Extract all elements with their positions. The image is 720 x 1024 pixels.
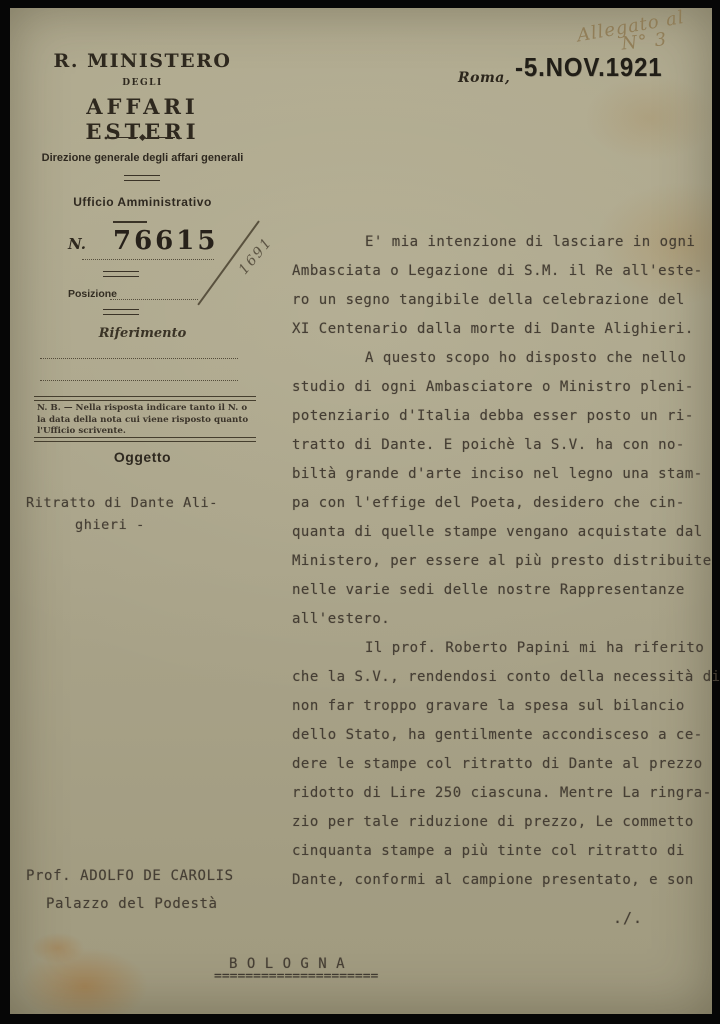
handwritten-number: 1691 (236, 234, 276, 278)
body-line: all'estero. (292, 605, 720, 634)
body-line: biltà grande d'arte inciso nel legno una… (292, 460, 720, 489)
body-line: che la S.V., rendendosi conto della nece… (292, 663, 720, 692)
double-rule-posizione (103, 309, 139, 315)
body-line: nelle varie sedi delle nostre Rappresent… (292, 576, 720, 605)
date-stamp: -5.NOV.1921 (515, 52, 663, 83)
body-line: tratto di Dante. E poichè la S.V. ha con… (292, 431, 720, 460)
recipient-city-underline: ===================== (214, 969, 378, 984)
riferimento-dotted-line-1 (40, 357, 238, 359)
thick-rule-bottom (34, 437, 256, 442)
double-rule-directorate (124, 175, 160, 181)
double-rule-number (103, 271, 139, 277)
divider-ornament (35, 135, 250, 140)
ministry-name-line2: DEGLI (35, 78, 250, 88)
number-stamp: 76615 (113, 226, 218, 256)
body-text: E' mia intenzione di lasciare in ogniAmb… (292, 228, 720, 895)
number-dotted-line (82, 258, 214, 260)
body-line: potenziario d'Italia debba esser posto u… (292, 402, 720, 431)
body-line: Il prof. Roberto Papini mi ha riferito (292, 634, 720, 663)
body-line: A questo scopo ho disposto che nello (292, 344, 720, 373)
nb-note: N. B. — Nella risposta indicare tanto il… (37, 403, 255, 438)
recipient-name: Prof. ADOLFO DE CAROLIS (26, 868, 234, 884)
oggetto-label: Oggetto (35, 449, 250, 465)
body-line: ridotto di Lire 250 ciascuna. Mentre La … (292, 779, 720, 808)
document-paper: R. MINISTERO DEGLI AFFARI ESTERI Direzio… (10, 8, 712, 1014)
number-label: N. (68, 235, 86, 253)
recipient-address: Palazzo del Podestà (46, 896, 218, 912)
place-label: Roma, (458, 70, 510, 86)
riferimento-dotted-line-2 (40, 379, 238, 381)
subject-line-1: Ritratto di Dante Ali- (26, 495, 218, 511)
office-name: Ufficio Amministrativo (35, 195, 250, 209)
body-line: pa con l'effige del Poeta, desidero che … (292, 489, 720, 518)
body-line: non far troppo gravare la spesa sul bila… (292, 692, 720, 721)
thick-rule-top (34, 396, 256, 401)
rule-above-number (113, 221, 147, 223)
body-line: Ambasciata o Legazione di S.M. il Re all… (292, 257, 720, 286)
ornament-left-line (110, 137, 138, 139)
posizione-dotted-line (110, 298, 198, 300)
subject-line-2: ghieri - (75, 517, 145, 533)
body-line: dere le stampe col ritratto di Dante al … (292, 750, 720, 779)
continuation-mark: ./. (613, 909, 643, 927)
body-line: ro un segno tangibile della celebrazione… (292, 286, 720, 315)
body-line: cinquanta stampe a più tinte col ritratt… (292, 837, 720, 866)
body-line: quanta di quelle stampe vengano acquista… (292, 518, 720, 547)
ornament-right-line (147, 137, 175, 139)
directorate-name: Direzione generale degli affari generali (35, 152, 250, 164)
photo-background: { "colors": { "paper": "#a9a389", "print… (0, 0, 720, 1024)
ministry-name-line1: R. MINISTERO (35, 50, 250, 72)
body-line: E' mia intenzione di lasciare in ogni (292, 228, 720, 257)
ornament-right-tip (178, 136, 181, 139)
ornament-diamond (139, 134, 146, 141)
body-line: XI Centenario dalla morte di Dante Aligh… (292, 315, 720, 344)
body-line: zio per tale riduzione di prezzo, Le com… (292, 808, 720, 837)
body-line: dello Stato, ha gentilmente accondisceso… (292, 721, 720, 750)
ornament-left-tip (105, 136, 108, 139)
body-line: studio di ogni Ambasciatore o Ministro p… (292, 373, 720, 402)
body-line: Ministero, per essere al più presto dist… (292, 547, 720, 576)
riferimento-label: Riferimento (35, 326, 250, 341)
body-line: Dante, conformi al campione presentato, … (292, 866, 720, 895)
